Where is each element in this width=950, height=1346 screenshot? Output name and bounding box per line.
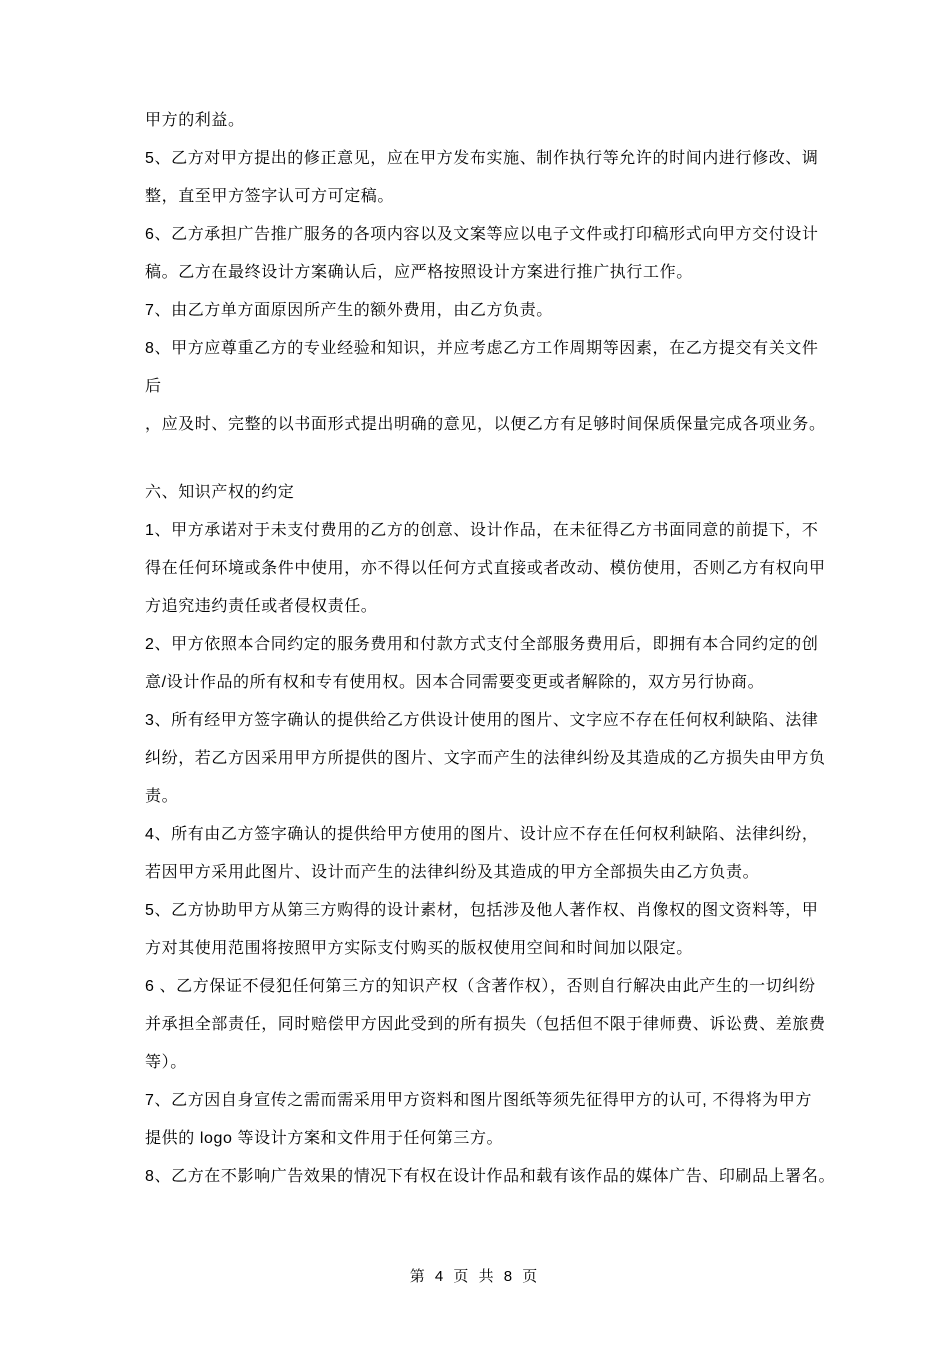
text-line: 7、乙方因自身宣传之需而需采用甲方资料和图片图纸等须先征得甲方的认可, 不得将为… xyxy=(145,1082,817,1120)
text-line: 6 、乙方保证不侵犯任何第三方的知识产权（含著作权），否则自行解决由此产生的一切… xyxy=(145,968,817,1006)
text-line: 责。 xyxy=(145,778,817,816)
page-footer: 第 4 页 共 8 页 xyxy=(0,1258,950,1296)
section-heading: 六、知识产权的约定 xyxy=(145,474,817,512)
section-spacer xyxy=(145,444,817,474)
text-line: 意/设计作品的所有权和专有使用权。因本合同需要变更或者解除的，双方另行协商。 xyxy=(145,664,817,702)
text-line: 8、甲方应尊重乙方的专业经验和知识，并应考虑乙方工作周期等因素，在乙方提交有关文… xyxy=(145,330,817,368)
text-line: 整，直至甲方签字认可方可定稿。 xyxy=(145,178,817,216)
text-line: 3、所有经甲方签字确认的提供给乙方供设计使用的图片、文字应不存在任何权利缺陷、法… xyxy=(145,702,817,740)
text-line: ，应及时、完整的以书面形式提出明确的意见，以便乙方有足够时间保质保量完成各项业务… xyxy=(145,406,817,444)
text-line: 甲方的利益。 xyxy=(145,102,817,140)
text-line: 方对其使用范围将按照甲方实际支付购买的版权使用空间和时间加以限定。 xyxy=(145,930,817,968)
text-line: 纠纷，若乙方因采用甲方所提供的图片、文字而产生的法律纠纷及其造成的乙方损失由甲方… xyxy=(145,740,817,778)
text-line: 5、乙方对甲方提出的修正意见，应在甲方发布实施、制作执行等允许的时间内进行修改、… xyxy=(145,140,817,178)
text-line: 8、乙方在不影响广告效果的情况下有权在设计作品和载有该作品的媒体广告、印刷品上署… xyxy=(145,1158,817,1196)
document-body: 甲方的利益。 5、乙方对甲方提出的修正意见，应在甲方发布实施、制作执行等允许的时… xyxy=(145,102,817,1196)
text-line: 6、乙方承担广告推广服务的各项内容以及文案等应以电子文件或打印稿形式向甲方交付设… xyxy=(145,216,817,254)
text-line: 并承担全部责任，同时赔偿甲方因此受到的所有损失（包括但不限于律师费、诉讼费、差旅… xyxy=(145,1006,817,1044)
text-line: 得在任何环境或条件中使用，亦不得以任何方式直接或者改动、模仿使用，否则乙方有权向… xyxy=(145,550,817,588)
text-line: 7、由乙方单方面原因所产生的额外费用，由乙方负责。 xyxy=(145,292,817,330)
text-line: 后 xyxy=(145,368,817,406)
text-line: 等）。 xyxy=(145,1044,817,1082)
text-line: 稿。乙方在最终设计方案确认后，应严格按照设计方案进行推广执行工作。 xyxy=(145,254,817,292)
text-line: 5、乙方协助甲方从第三方购得的设计素材，包括涉及他人著作权、肖像权的图文资料等，… xyxy=(145,892,817,930)
text-line: 4、所有由乙方签字确认的提供给甲方使用的图片、设计应不存在任何权利缺陷、法律纠纷… xyxy=(145,816,817,854)
text-line: 1、甲方承诺对于未支付费用的乙方的创意、设计作品，在未征得乙方书面同意的前提下，… xyxy=(145,512,817,550)
document-page: 甲方的利益。 5、乙方对甲方提出的修正意见，应在甲方发布实施、制作执行等允许的时… xyxy=(0,0,950,1346)
text-line: 若因甲方采用此图片、设计而产生的法律纠纷及其造成的甲方全部损失由乙方负责。 xyxy=(145,854,817,892)
text-line: 提供的 logo 等设计方案和文件用于任何第三方。 xyxy=(145,1120,817,1158)
text-line: 方追究违约责任或者侵权责任。 xyxy=(145,588,817,626)
text-line: 2、甲方依照本合同约定的服务费用和付款方式支付全部服务费用后，即拥有本合同约定的… xyxy=(145,626,817,664)
